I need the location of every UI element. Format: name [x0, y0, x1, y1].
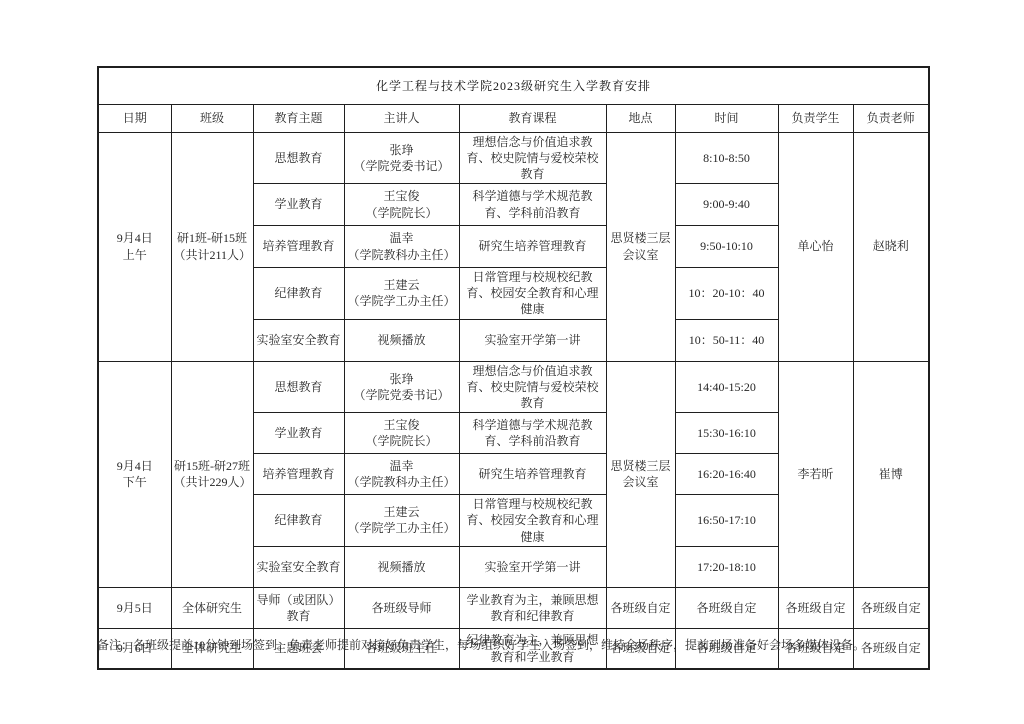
course-cell: 日常管理与校规校纪教育、校园安全教育和心理健康: [459, 495, 606, 547]
theme-cell: 思想教育: [253, 361, 344, 413]
column-header-7: 负责学生: [778, 104, 853, 132]
theme-cell: 培养管理教育: [253, 454, 344, 495]
column-header-4: 教育课程: [459, 104, 606, 132]
page-title: 化学工程与技术学院2023级研究生入学教育安排: [98, 67, 929, 104]
time-cell: 10：20-10：40: [675, 268, 778, 320]
speaker-cell: 王宝俊（学院院长）: [344, 413, 459, 454]
table-row: 9月4日下午研15班-研27班（共计229人）思想教育张琤（学院党委书记）理想信…: [98, 361, 929, 413]
cell-line: （学院院长）: [347, 205, 457, 221]
cell-line: 温幸: [347, 458, 457, 474]
cell-line: 王建云: [347, 504, 457, 520]
time-cell: 9:00-9:40: [675, 184, 778, 226]
speaker-cell: 王建云（学院学工办主任）: [344, 268, 459, 320]
course-cell: 学业教育为主，兼顾思想教育和纪律教育: [459, 587, 606, 628]
column-header-3: 主讲人: [344, 104, 459, 132]
course-cell: 研究生培养管理教育: [459, 226, 606, 268]
course-cell: 理想信念与价值追求教育、校史院情与爱校荣校教育: [459, 361, 606, 413]
cell-line: （学院党委书记）: [347, 387, 457, 403]
speaker-cell: 视频播放: [344, 319, 459, 361]
table-header-row: 日期班级教育主题主讲人教育课程地点时间负责学生负责老师: [98, 104, 929, 132]
theme-cell: 实验室安全教育: [253, 546, 344, 587]
speaker-cell: 各班级导师: [344, 587, 459, 628]
cell-line: 会议室: [609, 247, 673, 263]
time-cell: 8:10-8:50: [675, 132, 778, 184]
cell-line: （学院学工办主任）: [347, 520, 457, 536]
class-cell: 研1班-研15班（共计211人）: [171, 132, 253, 361]
date-cell: 9月4日上午: [98, 132, 171, 361]
cell-line: （学院教科办主任）: [347, 474, 457, 490]
location-cell: 思贤楼三层会议室: [606, 132, 675, 361]
cell-line: （学院教科办主任）: [347, 247, 457, 263]
location-cell: 各班级自定: [606, 587, 675, 628]
course-cell: 科学道德与学术规范教育、学科前沿教育: [459, 184, 606, 226]
class-cell: 研15班-研27班（共计229人）: [171, 361, 253, 587]
theme-cell: 学业教育: [253, 413, 344, 454]
cell-line: （学院院长）: [347, 433, 457, 449]
theme-cell: 思想教育: [253, 132, 344, 184]
student-cell: 李若昕: [778, 361, 853, 587]
student-cell: 单心怡: [778, 132, 853, 361]
time-cell: 16:20-16:40: [675, 454, 778, 495]
document-page: 化学工程与技术学院2023级研究生入学教育安排 日期班级教育主题主讲人教育课程地…: [0, 0, 1024, 724]
cell-line: 王建云: [347, 277, 457, 293]
cell-line: （共计229人）: [174, 474, 251, 490]
speaker-cell: 张琤（学院党委书记）: [344, 361, 459, 413]
course-cell: 理想信念与价值追求教育、校史院情与爱校荣校教育: [459, 132, 606, 184]
date-cell: 9月4日下午: [98, 361, 171, 587]
column-header-8: 负责老师: [853, 104, 929, 132]
cell-line: （共计211人）: [174, 247, 251, 263]
teacher-cell: 赵晓利: [853, 132, 929, 361]
cell-line: 王宝俊: [347, 188, 457, 204]
time-cell: 15:30-16:10: [675, 413, 778, 454]
time-cell: 10：50-11：40: [675, 319, 778, 361]
column-header-2: 教育主题: [253, 104, 344, 132]
column-header-6: 时间: [675, 104, 778, 132]
time-cell: 16:50-17:10: [675, 495, 778, 547]
theme-cell: 纪律教育: [253, 495, 344, 547]
date-cell: 9月5日: [98, 587, 171, 628]
footnote-text: 各班级提前10分钟到场签到。负责老师提前对接好负责学生，每场组织好学生入场签到，…: [133, 638, 865, 652]
cell-line: 上午: [101, 247, 169, 263]
cell-line: 张琤: [347, 371, 457, 387]
time-cell: 14:40-15:20: [675, 361, 778, 413]
speaker-cell: 温幸（学院教科办主任）: [344, 226, 459, 268]
speaker-cell: 张琤（学院党委书记）: [344, 132, 459, 184]
table-row: 化学工程与技术学院2023级研究生入学教育安排: [98, 67, 929, 104]
footnote: 备注：各班级提前10分钟到场签到。负责老师提前对接好负责学生，每场组织好学生入场…: [97, 636, 937, 653]
course-cell: 实验室开学第一讲: [459, 319, 606, 361]
cell-line: 思贤楼三层: [609, 230, 673, 246]
footnote-label: 备注：: [97, 638, 133, 652]
teacher-cell: 各班级自定: [853, 587, 929, 628]
theme-cell: 实验室安全教育: [253, 319, 344, 361]
speaker-cell: 视频播放: [344, 546, 459, 587]
cell-line: （学院学工办主任）: [347, 293, 457, 309]
time-cell: 17:20-18:10: [675, 546, 778, 587]
theme-cell: 纪律教育: [253, 268, 344, 320]
table-row: 9月4日上午研1班-研15班（共计211人）思想教育张琤（学院党委书记）理想信念…: [98, 132, 929, 184]
speaker-cell: 王建云（学院学工办主任）: [344, 495, 459, 547]
cell-line: 下午: [101, 474, 169, 490]
cell-line: 视频播放: [347, 332, 457, 348]
column-header-5: 地点: [606, 104, 675, 132]
student-cell: 各班级自定: [778, 587, 853, 628]
cell-line: 9月4日: [101, 230, 169, 246]
column-header-1: 班级: [171, 104, 253, 132]
cell-line: 研15班-研27班: [174, 458, 251, 474]
table-row: 9月5日全体研究生导师（或团队）教育各班级导师学业教育为主，兼顾思想教育和纪律教…: [98, 587, 929, 628]
cell-line: 研1班-研15班: [174, 230, 251, 246]
cell-line: 温幸: [347, 230, 457, 246]
column-header-0: 日期: [98, 104, 171, 132]
cell-line: （学院党委书记）: [347, 158, 457, 174]
cell-line: 会议室: [609, 474, 673, 490]
course-cell: 日常管理与校规校纪教育、校园安全教育和心理健康: [459, 268, 606, 320]
theme-cell: 学业教育: [253, 184, 344, 226]
cell-line: 王宝俊: [347, 417, 457, 433]
speaker-cell: 温幸（学院教科办主任）: [344, 454, 459, 495]
cell-line: 视频播放: [347, 559, 457, 575]
time-cell: 9:50-10:10: [675, 226, 778, 268]
speaker-cell: 王宝俊（学院院长）: [344, 184, 459, 226]
cell-line: 9月4日: [101, 458, 169, 474]
course-cell: 实验室开学第一讲: [459, 546, 606, 587]
course-cell: 科学道德与学术规范教育、学科前沿教育: [459, 413, 606, 454]
class-cell: 全体研究生: [171, 587, 253, 628]
orientation-schedule-table: 化学工程与技术学院2023级研究生入学教育安排 日期班级教育主题主讲人教育课程地…: [97, 66, 930, 670]
time-cell: 各班级自定: [675, 587, 778, 628]
theme-cell: 导师（或团队）教育: [253, 587, 344, 628]
course-cell: 研究生培养管理教育: [459, 454, 606, 495]
teacher-cell: 崔博: [853, 361, 929, 587]
cell-line: 思贤楼三层: [609, 458, 673, 474]
theme-cell: 培养管理教育: [253, 226, 344, 268]
cell-line: 张琤: [347, 142, 457, 158]
location-cell: 思贤楼三层会议室: [606, 361, 675, 587]
